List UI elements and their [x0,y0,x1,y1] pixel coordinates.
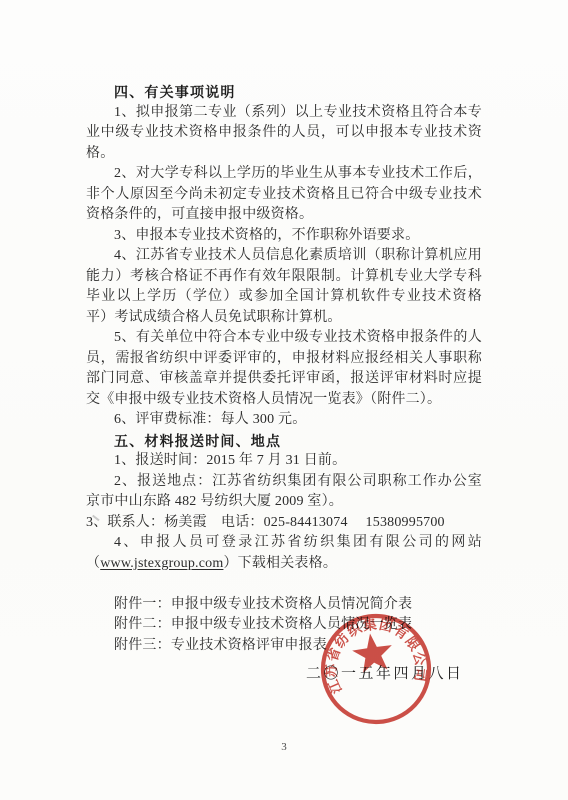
doc-line: 非个人原因至今尚未初定专业技术资格且已符合中级专业技术 [86,185,482,206]
doc-line: 3、申报本专业技术资格的，不作职称外语要求。 [86,226,482,247]
contact-line: 3、联系人：杨美霞 电话：025-84413074 15380995700 [86,513,482,534]
section-heading: 五、材料报送时间、地点 [86,431,482,452]
doc-line: 业中级专业技术资格申报条件的人员，可以申报本专业技术资 [86,123,482,144]
doc-line: 员，需报省纺织中评委评审的，申报材料应报经相关人事职称 [86,349,482,370]
website-line: （www.jstexgroup.com）下载相关表格。 [86,554,482,575]
doc-line: 5、有关单位中符合本专业中级专业技术资格申报条件的人 [86,328,482,349]
document-body: 四、有关事项说明 1、拟申报第二专业（系列）以上专业技术资格且符合本专 业中级专… [86,82,482,656]
page-number: 3 [0,741,568,753]
company-seal-stamp: 江苏省纺织集团有限公司 [305,598,447,740]
document-page: 四、有关事项说明 1、拟申报第二专业（系列）以上专业技术资格且符合本专 业中级专… [0,0,568,800]
doc-line: 京市中山东路 482 号纺织大厦 2009 室）。 [86,492,482,513]
doc-line: 交《申报中级专业技术资格人员情况一览表》（附件二）。 [86,390,482,411]
doc-line: 2、报送地点：江苏省纺织集团有限公司职称工作办公室（南 [86,472,482,493]
website-url: www.jstexgroup.com [100,556,223,571]
doc-line: 资格条件的，可直接申报中级资格。 [86,205,482,226]
doc-line: 平）考试成绩合格人员免试职称计算机。 [86,308,482,329]
doc-line: 毕业以上学历（学位）或参加全国计算机软件专业技术资格（水 [86,287,482,308]
url-prefix: （ [86,556,100,571]
doc-line: 部门同意、审核盖章并提供委托评审函，报送评审材料时应提 [86,369,482,390]
url-suffix: ）下载相关表格。 [223,556,337,571]
doc-line: 1、拟申报第二专业（系列）以上专业技术资格且符合本专 [86,103,482,124]
doc-line: 格。 [86,144,482,165]
doc-line: 2、对大学专科以上学历的毕业生从事本专业技术工作后， [86,164,482,185]
doc-line: 能力）考核合格证不再作有效年限限制。计算机专业大学专科 [86,267,482,288]
section-heading: 四、有关事项说明 [86,82,482,103]
doc-line: 4、申报人员可登录江苏省纺织集团有限公司的网站 [86,533,482,554]
doc-line: 1、报送时间：2015 年 7 月 31 日前。 [86,451,482,472]
doc-line: 4、江苏省专业技术人员信息化素质培训（职称计算机应用 [86,246,482,267]
blank-line [86,574,482,595]
doc-line: 6、评审费标准：每人 300 元。 [86,410,482,431]
